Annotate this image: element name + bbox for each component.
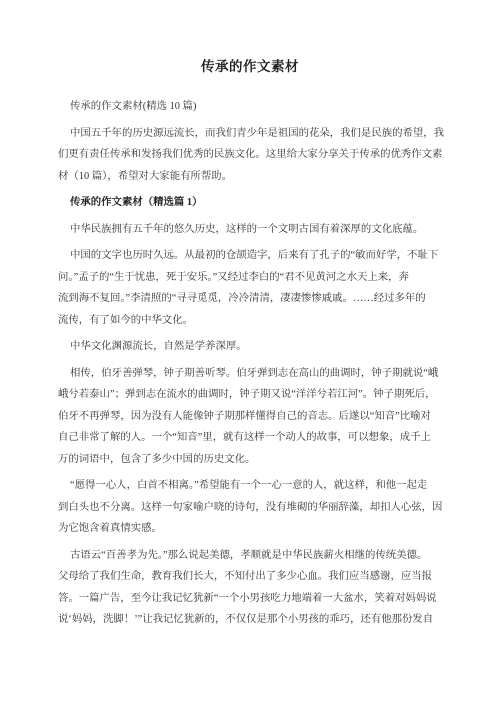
paragraph: 中国五千年的历史源远流长，而我们青少年是祖国的花朵，我们是民族的希望，我 们更有… — [58, 123, 442, 188]
document-title: 传承的作文素材 — [0, 57, 500, 77]
document-page: 传承的作文素材 传承的作文素材(精选 10 篇)中国五千年的历史源远流长，而我们… — [0, 0, 500, 707]
paragraph: 传承的作文素材(精选 10 篇) — [58, 96, 442, 118]
paragraph: 古语云“百善孝为先。”那么说起美德，孝顺就是中华民族薪火相继的传统美德。 父母给… — [58, 545, 442, 631]
section-heading: 传承的作文素材（精选篇 1） — [58, 192, 442, 214]
paragraph: 中国的文字也历时久远。从最初的仓颉造字，后来有了孔子的“敏而好学，不耻下 问。”… — [58, 245, 442, 331]
paragraph: “愿得一心人，白首不相离。”希望能有一个一心一意的人，就这样，和他一起走 到白头… — [58, 475, 442, 540]
paragraph: 中华文化渊源流长，自然是学养深厚。 — [58, 336, 442, 358]
paragraph: 相传，伯牙善弹琴，钟子期善听琴。伯牙弹到志在高山的曲调时，钟子期就说“峨 峨兮若… — [58, 363, 442, 471]
document-body: 传承的作文素材(精选 10 篇)中国五千年的历史源远流长，而我们青少年是祖国的花… — [58, 96, 442, 631]
paragraph: 中华民族拥有五千年的悠久历史，这样的一个文明古国有着深厚的文化底蕴。 — [58, 219, 442, 241]
